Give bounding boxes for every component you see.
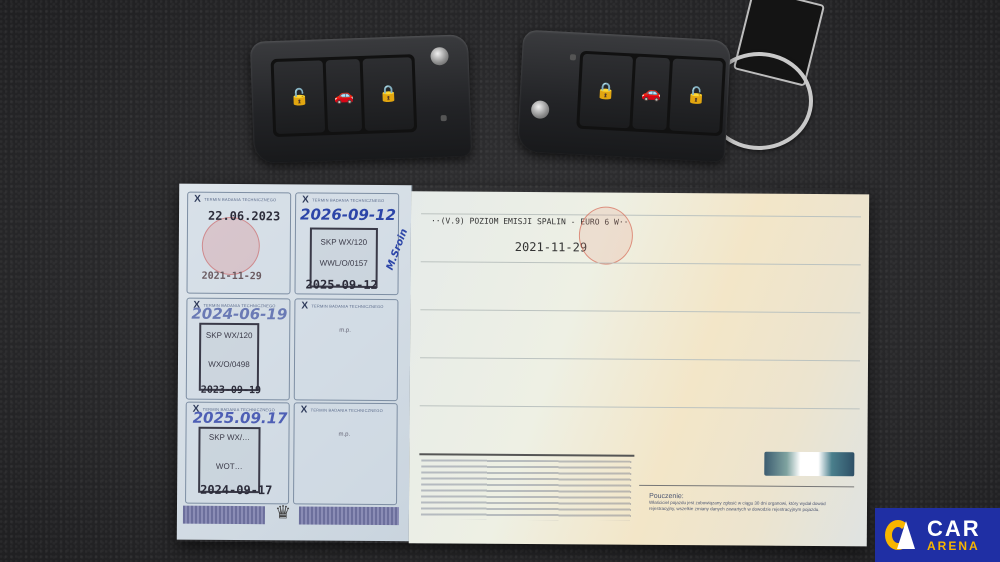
mark: X <box>194 194 201 205</box>
release-button-icon <box>430 47 449 66</box>
red-seal <box>202 217 260 275</box>
signature: M.Sroin <box>385 227 410 271</box>
release-button-icon <box>531 100 550 119</box>
key-button-panel: 🔒 🚗 🔓 <box>576 51 726 137</box>
key-fob-left: 🔓 🚗 🔒 <box>250 34 472 164</box>
station-code: WOT… <box>200 462 258 471</box>
trunk-icon: 🚗 <box>326 59 363 132</box>
eagle-emblem-icon: ♛ <box>275 502 291 523</box>
security-band <box>183 506 265 525</box>
logo-line2: ARENA <box>927 540 981 552</box>
red-seal <box>579 206 633 264</box>
mark: X <box>301 300 308 311</box>
cell-header: TERMIN BADANIA TECHNICZNEGO <box>311 408 383 414</box>
notice-text: Właściciel pojazdu jest zobowiązany zgło… <box>649 500 849 513</box>
logo-mark-icon <box>885 518 919 552</box>
registration-document: X TERMIN BADANIA TECHNICZNEGO 22.06.2023… <box>177 184 869 547</box>
lock-icon: 🔒 <box>363 57 414 131</box>
handwritten-date: 2024-06-19 <box>191 305 287 324</box>
led-indicator <box>570 54 576 60</box>
inspection-cell: X TERMIN BADANIA TECHNICZNEGO m.p. <box>293 402 398 505</box>
hologram <box>764 452 854 477</box>
inspection-cell: X TERMIN BADANIA TECHNICZNEGO m.p. <box>294 298 399 401</box>
mark: X <box>302 194 309 205</box>
inspection-cell: X TERMIN BADANIA TECHNICZNEGO 2024-06-19… <box>186 298 291 401</box>
led-indicator <box>441 115 447 121</box>
station-id: SKP WX/120 <box>312 238 376 247</box>
mark: X <box>301 404 308 415</box>
logo-line1: CAR <box>927 518 981 540</box>
inspection-cell: X TERMIN BADANIA TECHNICZNEGO 22.06.2023… <box>186 192 291 295</box>
stamp-date: 2025-09-12 <box>306 277 378 292</box>
emission-page: ··(V.9) POZIOM EMISJI SPALIN - EURO 6 W·… <box>409 191 869 546</box>
key-button-panel: 🔓 🚗 🔒 <box>271 54 418 137</box>
security-band <box>299 506 399 525</box>
station-code: WX/O/0498 <box>201 360 257 369</box>
unlock-icon: 🔓 <box>670 59 723 133</box>
cell-header: TERMIN BADANIA TECHNICZNEGO <box>312 198 384 204</box>
station-stamp: SKP WX/120 WX/O/0498 <box>199 323 259 391</box>
trunk-icon: 🚗 <box>632 57 670 131</box>
inspection-cell: X TERMIN BADANIA TECHNICZNEGO 2026-09-12… <box>294 192 399 295</box>
stamp-date: 22.06.2023 <box>208 209 280 224</box>
stamp-date: 2021-11-29 <box>202 271 262 282</box>
notice: Pouczenie: Właściciel pojazdu jest zobow… <box>649 493 849 513</box>
lock-icon: 🔒 <box>579 54 632 128</box>
mp-label: m.p. <box>338 432 350 438</box>
stamp-date: 2023-09-19 <box>201 385 261 396</box>
divider <box>420 309 860 313</box>
cell-header: TERMIN BADANIA TECHNICZNEGO <box>204 197 276 203</box>
divider <box>639 485 854 488</box>
handwritten-date: 2026-09-12 <box>300 205 396 224</box>
emission-date: 2021-11-29 <box>515 240 587 255</box>
station-id: SKP WX/… <box>200 433 258 442</box>
key-fob-right: 🔒 🚗 🔓 <box>517 30 731 163</box>
stamp-date: 2024-09-17 <box>200 483 272 498</box>
car-arena-logo: CAR ARENA <box>875 508 1000 562</box>
mp-label: m.p. <box>339 328 351 334</box>
cell-header: TERMIN BADANIA TECHNICZNEGO <box>311 304 383 310</box>
divider <box>421 261 861 265</box>
divider <box>419 453 634 457</box>
station-id: SKP WX/120 <box>201 331 257 340</box>
inspection-cell: X TERMIN BADANIA TECHNICZNEGO 2025.09.17… <box>185 402 290 505</box>
divider <box>420 357 860 361</box>
unlock-icon: 🔓 <box>274 60 325 134</box>
handwritten-date: 2025.09.17 <box>193 409 288 428</box>
divider <box>420 405 860 409</box>
inspection-page: X TERMIN BADANIA TECHNICZNEGO 22.06.2023… <box>177 184 412 542</box>
legend-fine-print <box>421 459 631 520</box>
station-code: WWL/O/0157 <box>312 259 376 268</box>
